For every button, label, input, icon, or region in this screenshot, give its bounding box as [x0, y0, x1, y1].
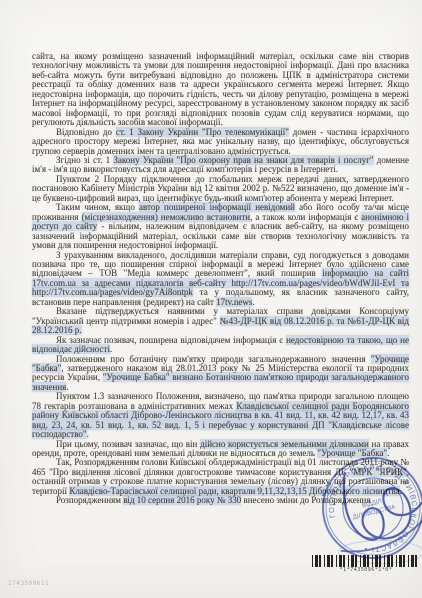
document-text: сайта, на якому розміщено зазначений інф… — [32, 52, 409, 506]
paragraph: Як зазначає позивач, поширена відповідач… — [32, 336, 409, 355]
barcode-bars — [310, 555, 422, 567]
paragraph: Пунктом 2 Порядку підключення до глобаль… — [32, 175, 409, 203]
paragraph: З урахуванням викладеного, дослідивши ма… — [32, 251, 409, 308]
document-id-bottom-left: 1743509611 — [8, 580, 49, 587]
paragraph: сайта, на якому розміщено зазначений інф… — [32, 52, 409, 128]
text-run: сайта, на якому розміщено зазначений інф… — [32, 51, 409, 127]
paragraph: Згідно зі ст. 1 Закону України "Про охор… — [32, 156, 409, 175]
text-run: Розпорядженням — [56, 495, 123, 505]
paragraph: Вказане підтверджується наявними у матер… — [32, 307, 409, 335]
paragraph: Пунктом 1.3 зазначеного Положення, визна… — [32, 392, 409, 439]
barcode: *1*7435096*1*0* — [310, 555, 422, 573]
highlighted-text: від 10 серпня 2016 року № 330 — [123, 495, 241, 505]
text-run: Пунктом 2 Порядку підключення до глобаль… — [32, 174, 409, 203]
paragraph: При цьому, позивач зазначає, що він дійс… — [32, 440, 409, 459]
scanned-page: сайта, на якому розміщено зазначений інф… — [0, 0, 422, 598]
paragraph: Таким чином, якщо автор поширеної інформ… — [32, 203, 409, 250]
paragraph: Положенням про ботанічну пам'ятку природ… — [32, 355, 409, 393]
barcode-number: *1*7435096*1*0* — [310, 567, 422, 573]
paragraph: Відповідно до ст. 1 Закону України "Про … — [32, 128, 409, 156]
